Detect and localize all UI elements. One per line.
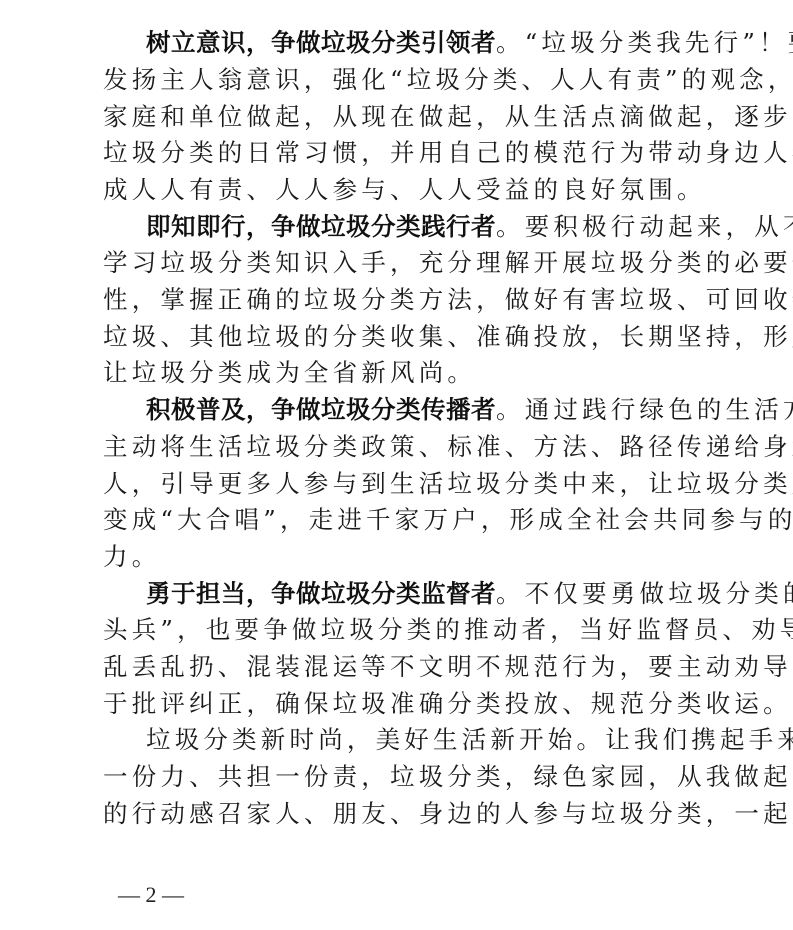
paragraph-4-line-1: 勇于担当，争做垃圾分类监督者。不仅要勇做垃圾分类的“排 [146, 575, 736, 612]
paragraph-5-line-1: 垃圾分类新时尚，美好生活新开始。让我们携起手来，齐出 [146, 721, 736, 758]
paragraph-4-line-4: 于批评纠正，确保垃圾准确分类投放、规范分类收运。 [103, 685, 693, 722]
paragraph-3-line-5: 力。 [103, 538, 693, 575]
paragraph-1-line-5: 成人人有责、人人参与、人人受益的良好氛围。 [103, 171, 693, 208]
paragraph-2-line-1: 即知即行，争做垃圾分类践行者。要积极行动起来，从不断 [146, 208, 736, 245]
paragraph-4-heading: 勇于担当，争做垃圾分类监督者 [146, 579, 496, 608]
paragraph-1-line-4: 垃圾分类的日常习惯，并用自己的模范行为带动身边人参与，形 [103, 134, 693, 171]
paragraph-1-text: 。“垃圾分类我先行”！要 [496, 28, 793, 57]
document-page: 树立意识，争做垃圾分类引领者。“垃圾分类我先行”！要 发扬主人翁意识，强化“垃圾… [0, 0, 793, 930]
paragraph-2-line-3: 性，掌握正确的垃圾分类方法，做好有害垃圾、可回收物、厨余 [103, 281, 693, 318]
paragraph-2-line-2: 学习垃圾分类知识入手，充分理解开展垃圾分类的必要性和重要 [103, 244, 693, 281]
paragraph-3-heading: 积极普及，争做垃圾分类传播者 [146, 395, 496, 424]
paragraph-4-line-2: 头兵”，也要争做垃圾分类的推动者，当好监督员、劝导员。对 [103, 611, 693, 648]
paragraph-1-line-2: 发扬主人翁意识，强化“垃圾分类、人人有责”的观念，从自身、 [103, 61, 693, 98]
paragraph-4-line-3: 乱丢乱扔、混装混运等不文明不规范行为，要主动劝导引导，敢 [103, 648, 693, 685]
paragraph-1-line-1: 树立意识，争做垃圾分类引领者。“垃圾分类我先行”！要 [146, 24, 736, 61]
paragraph-3-line-3: 人，引导更多人参与到生活垃圾分类中来，让垃圾分类从“独唱” [103, 465, 693, 502]
paragraph-2-line-4: 垃圾、其他垃圾的分类收集、准确投放，长期坚持，形成自觉， [103, 318, 693, 355]
paragraph-3-text: 。通过践行绿色的生活方式， [496, 395, 793, 424]
paragraph-1-heading: 树立意识，争做垃圾分类引领者 [146, 28, 496, 57]
paragraph-3-line-4: 变成“大合唱”，走进千家万户，形成全社会共同参与的强大合 [103, 501, 693, 538]
paragraph-5-line-3: 的行动感召家人、朋友、身边的人参与垃圾分类，一起为改善生 [103, 795, 693, 832]
paragraph-5-line-2: 一份力、共担一份责，垃圾分类，绿色家园，从我做起，用我们 [103, 758, 693, 795]
paragraph-2-line-5: 让垃圾分类成为全省新风尚。 [103, 354, 693, 391]
paragraph-3-line-1: 积极普及，争做垃圾分类传播者。通过践行绿色的生活方式， [146, 391, 736, 428]
paragraph-1-line-3: 家庭和单位做起，从现在做起，从生活点滴做起，逐步自觉养成 [103, 98, 693, 135]
paragraph-4-text: 。不仅要勇做垃圾分类的“排 [496, 579, 793, 608]
paragraph-2-text: 。要积极行动起来，从不断 [496, 212, 793, 241]
paragraph-3-line-2: 主动将生活垃圾分类政策、标准、方法、路径传递给身边每一个 [103, 428, 693, 465]
paragraph-2-heading: 即知即行，争做垃圾分类践行者 [146, 212, 496, 241]
page-number: — 2 — [118, 880, 184, 910]
